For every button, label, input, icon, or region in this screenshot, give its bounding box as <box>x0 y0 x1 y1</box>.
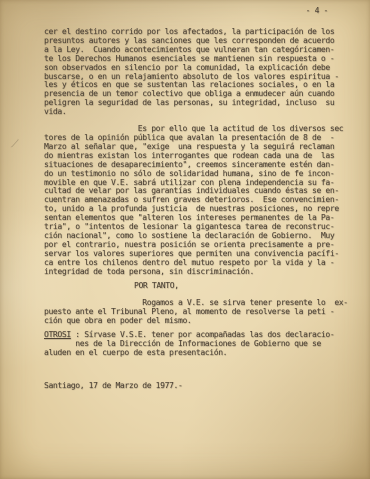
paragraph-es-por-ello: Es por ello que la actitud de los divers… <box>44 125 346 276</box>
paragraph-rogamos: Rogamos a V.E. se sirva tener presente l… <box>44 299 346 326</box>
document-body: cer el destino corrido por los afectados… <box>44 28 346 391</box>
otrosi-label: OTROSI <box>44 330 71 339</box>
dateline: Santiago, 17 de Marzo de 1977.- <box>44 382 346 391</box>
otrosi-continuation: nes de la Dirección de Informaciones de … <box>44 340 346 358</box>
otrosi-first-line-text: : Sírvase V.S.E. tener por acompañadas l… <box>71 330 335 339</box>
typewritten-page: - 4 - cer el destino corrido por los afe… <box>0 0 370 479</box>
por-tanto-heading: POR TANTO, <box>134 282 346 291</box>
otrosi-section: OTROSI : Sírvase V.S.E. tener por acompa… <box>44 331 346 358</box>
margin-pencil-mark <box>3 135 20 148</box>
paragraph-destino-corrido: cer el destino corrido por los afectados… <box>44 28 346 117</box>
page-number: - 4 - <box>306 7 328 16</box>
